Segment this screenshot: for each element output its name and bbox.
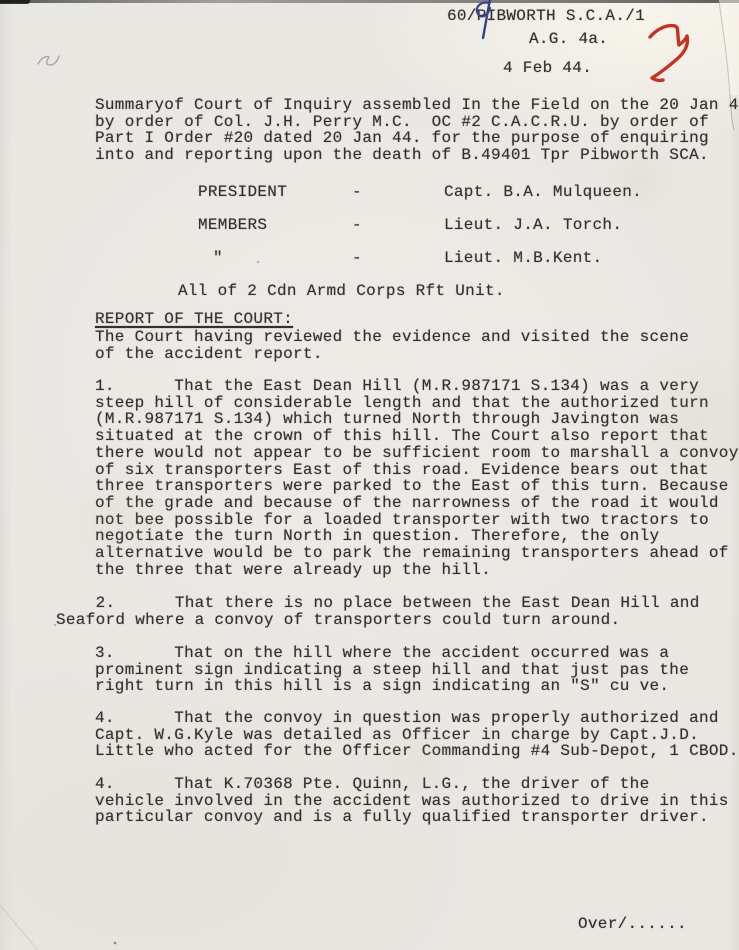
bottom-left-crease (0, 895, 45, 950)
member-row-member2: " - Lieut. M.B.Kent. (0, 250, 739, 267)
document-page: 60/PIBWORTH S.C.A./1 A.G. 4a. 4 Feb 44. … (0, 0, 739, 950)
finding-2: 2. That there is no place between the Ea… (56, 595, 700, 628)
separator-dash: - (352, 184, 362, 201)
document-date: 4 Feb 44. (503, 60, 592, 77)
over-label: Over/...... (578, 916, 687, 933)
red-annotation-3 (640, 16, 700, 88)
report-intro: The Court having reviewed the evidence a… (95, 329, 689, 362)
ditto-mark: " (213, 250, 223, 267)
member-name: Lieut. M.B.Kent. (444, 250, 602, 267)
finding-1: 1. That the East Dean Hill (M.R.987171 S… (95, 378, 739, 578)
finding-4a: 4. That the convoy in question was prope… (95, 710, 739, 760)
report-heading: REPORT OF THE COURT: (95, 311, 293, 328)
summary-paragraph: Summaryof Court of Inquiry assembled In … (95, 97, 739, 164)
member-name: Capt. B.A. Mulqueen. (444, 184, 642, 201)
member-row-president: PRESIDENT - Capt. B.A. Mulqueen. (0, 184, 739, 201)
members-footer: All of 2 Cdn Armd Corps Rft Unit. (178, 283, 505, 300)
separator-dash: - (352, 217, 362, 234)
scan-top-edge (0, 0, 739, 3)
member-role: MEMBERS (198, 217, 267, 234)
member-role: PRESIDENT (198, 184, 287, 201)
pencil-mark (34, 48, 64, 74)
branch-reference: A.G. 4a. (529, 31, 608, 48)
finding-4b: 4. That K.70368 Pte. Quinn, L.G., the dr… (95, 776, 729, 826)
member-name: Lieut. J.A. Torch. (444, 217, 622, 234)
file-reference: 60/PIBWORTH S.C.A./1 (447, 8, 645, 25)
member-row-member1: MEMBERS - Lieut. J.A. Torch. (0, 217, 739, 234)
scan-top-edge-dark-blob (0, 0, 30, 4)
separator-dash: - (352, 250, 362, 267)
finding-3: 3. That on the hill where the accident o… (95, 645, 689, 695)
